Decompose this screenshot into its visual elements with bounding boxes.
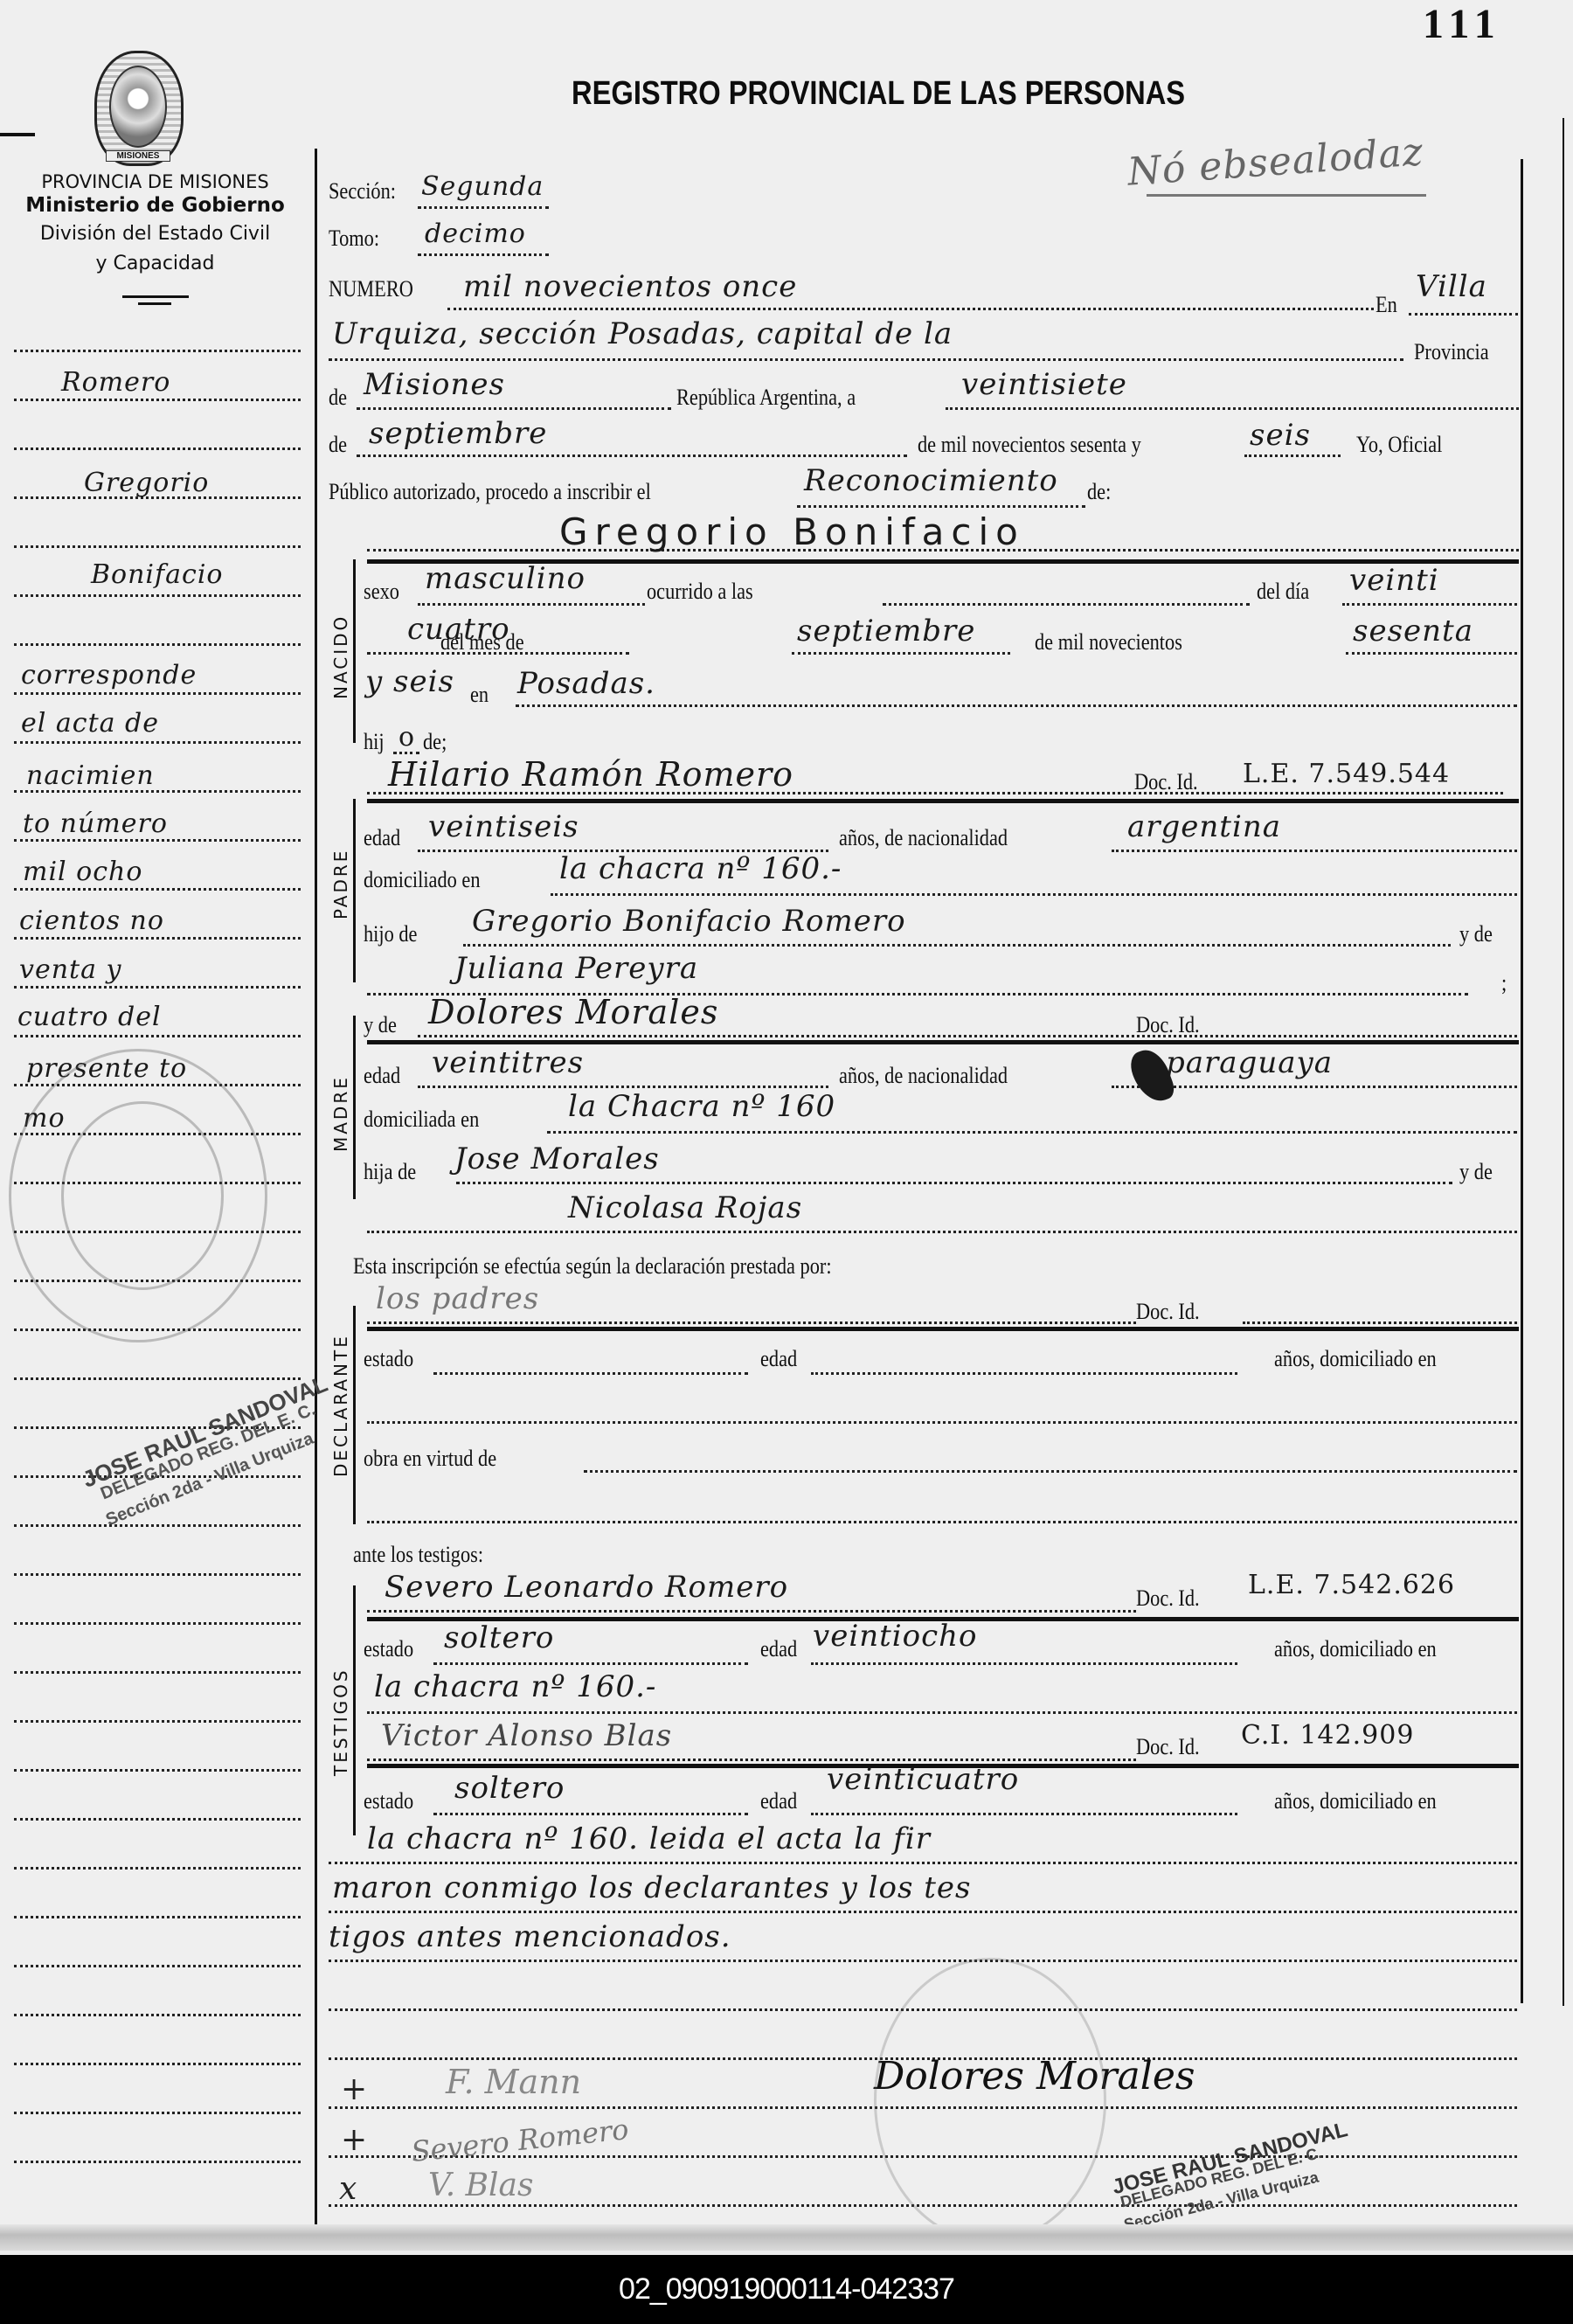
dia-value[interactable]: veintisiete	[961, 367, 1127, 402]
margin-dotted-line	[14, 399, 301, 401]
declarante-domicilio-label: años, domiciliado en	[1274, 1346, 1437, 1372]
anio-value[interactable]: seis	[1250, 418, 1311, 453]
testigo2-domicilio-line	[329, 1862, 1517, 1864]
provincia-label: Provincia	[1414, 339, 1489, 365]
madre-y-de-label: y de	[364, 1012, 397, 1038]
de-label: de	[329, 385, 347, 411]
margin-dotted-line	[14, 1720, 301, 1723]
publico-label: Público autorizado, procedo a inscribir …	[329, 479, 651, 505]
nacido-anio-value[interactable]: sesenta	[1353, 614, 1473, 649]
annotation-signature: Nó ebsealodaz	[1126, 129, 1425, 195]
provincia-value[interactable]: Misiones	[364, 367, 505, 402]
declarante-nombre-line	[367, 1322, 1136, 1324]
testigo2-nombre-line	[367, 1759, 1136, 1761]
margin-note-line: Bonifacio	[91, 559, 223, 590]
padre-doc-label: Doc. Id.	[1134, 769, 1198, 795]
testigos-bracket	[353, 1585, 356, 1835]
padre-nacionalidad-line	[1112, 850, 1517, 852]
issuer-ministry: Ministerio de Gobierno	[0, 194, 310, 217]
mes-label: del mes de	[440, 629, 524, 656]
madre-madre-value[interactable]: Nicolasa Rojas	[568, 1190, 802, 1225]
closing-text-2[interactable]: tigos antes mencionados.	[329, 1919, 731, 1954]
en-value[interactable]: Villa	[1416, 269, 1487, 304]
declarante-doc-label: Doc. Id.	[1136, 1299, 1200, 1325]
padre-hijo-de-line	[463, 944, 1451, 947]
margin-dotted-line	[14, 2063, 301, 2065]
declarante-estado-line	[433, 1372, 748, 1375]
crest-label: MISIONES	[106, 150, 170, 162]
margin-note-line: to número	[23, 808, 168, 839]
declarante-edad-label: edad	[760, 1346, 797, 1372]
margin-note-line: Romero	[61, 367, 170, 398]
testigo1-estado-line	[433, 1662, 748, 1665]
madre-hija-de-line	[456, 1182, 1452, 1184]
document-title: REGISTRO PROVINCIAL DE LAS PERSONAS	[572, 75, 1185, 113]
madre-hija-de-label: hija de	[364, 1159, 416, 1185]
testigo2-doc-label: Doc. Id.	[1136, 1734, 1200, 1760]
mes-field-line	[357, 454, 907, 457]
testigo2-estado-value[interactable]: soltero	[454, 1771, 565, 1806]
madre-edad-line	[418, 1086, 828, 1088]
sexo-value[interactable]: masculino	[425, 561, 586, 596]
declarante-intro: Esta inscripción se efectúa según la dec…	[353, 1253, 832, 1280]
padre-section-label: PADRE	[330, 849, 351, 919]
testigo1-doc-label: Doc. Id.	[1136, 1585, 1200, 1612]
mark-1: +	[341, 2071, 367, 2107]
margin-dotted-line	[14, 839, 301, 842]
madre-bracket	[353, 1016, 356, 1199]
padre-edad-value[interactable]: veintiseis	[428, 809, 579, 844]
de-colon-label: de:	[1087, 479, 1111, 505]
margin-dotted-line	[14, 1867, 301, 1870]
margin-note-line: cientos no	[19, 905, 164, 936]
testigo2-doc-value[interactable]: C.I. 142.909	[1241, 1720, 1414, 1751]
margin-dotted-line	[14, 986, 301, 989]
official-seal-left-inner	[61, 1101, 224, 1290]
witness-signature-1: F. Mann	[446, 2063, 581, 2101]
margin-dotted-line	[14, 741, 301, 744]
margin-dotted-line	[14, 2161, 301, 2163]
margin-note-line: cuatro del	[17, 1002, 162, 1032]
nacido-mes-value[interactable]: septiembre	[797, 614, 975, 649]
certificate-page: 111 MISIONES PROVINCIA DE MISIONES Minis…	[0, 0, 1573, 2251]
page-bottom-edge	[0, 2224, 1573, 2251]
testigos-section-label: TESTIGOS	[330, 1668, 351, 1776]
padre-domicilio-value[interactable]: la chacra nº 160.-	[559, 851, 842, 886]
declarante-estado-label: estado	[364, 1346, 413, 1372]
margin-dotted-line	[14, 1965, 301, 1967]
outer-right-border	[1563, 118, 1564, 2006]
hij-value[interactable]: o	[398, 722, 415, 753]
margin-dotted-line	[14, 1524, 301, 1527]
provincia-field-line	[357, 407, 671, 410]
testigo1-doc-value[interactable]: L.E. 7.542.626	[1248, 1570, 1455, 1600]
madre-doc-label: Doc. Id.	[1136, 1012, 1200, 1038]
hij-de-label: de;	[423, 729, 447, 755]
en-label: En	[1376, 292, 1397, 318]
issuer-division-2: y Capacidad	[0, 253, 310, 274]
declarante-obra-line	[584, 1470, 1517, 1473]
seccion-value[interactable]: Segunda	[421, 171, 544, 202]
issuer-divider	[122, 295, 189, 298]
nacido-section-label: NACIDO	[330, 614, 351, 699]
testigo1-domicilio-value[interactable]: la chacra nº 160.-	[374, 1669, 656, 1704]
testigo1-domicilio-label: años, domiciliado en	[1274, 1636, 1437, 1662]
tomo-value[interactable]: decimo	[425, 219, 526, 249]
padre-edad-label: edad	[364, 825, 400, 851]
testigo1-edad-label: edad	[760, 1636, 797, 1662]
margin-dotted-line	[14, 1377, 301, 1380]
dia-label: del día	[1257, 579, 1309, 605]
numero-value[interactable]: mil novecientos once	[463, 269, 797, 304]
margin-dotted-line	[14, 545, 301, 548]
declarante-section-label: DECLARANTE	[330, 1334, 351, 1477]
place-value[interactable]: Urquiza, sección Posadas, capital de la	[332, 316, 953, 351]
tomo-field-line	[418, 253, 549, 256]
margin-dotted-line	[14, 937, 301, 940]
declarante-obra-label: obra en virtud de	[364, 1446, 496, 1472]
declarante-doc-line	[1243, 1322, 1517, 1324]
margin-dotted-line	[14, 692, 301, 695]
testigo1-estado-value[interactable]: soltero	[444, 1620, 554, 1655]
madre-y-de-label-2: y de	[1459, 1159, 1493, 1185]
sexo-field-line	[418, 603, 645, 606]
padre-y-de-label: y de	[1459, 921, 1493, 947]
padre-nacionalidad-label: años, de nacionalidad	[839, 825, 1008, 851]
annotation-underline	[1147, 194, 1426, 197]
margin-note-line: venta y	[19, 954, 121, 985]
padre-bracket	[353, 799, 356, 982]
testigo1-domicilio-line	[367, 1711, 1517, 1714]
mes-field-line	[792, 652, 1010, 655]
ocurrido-field-line	[883, 603, 1250, 606]
acto-value[interactable]: Reconocimiento	[804, 463, 1058, 498]
margin-tick	[0, 133, 35, 136]
margin-dotted-line	[14, 1818, 301, 1821]
margin-dotted-line	[14, 447, 301, 450]
margin-dotted-line	[14, 350, 301, 352]
anio-label: de mil novecientos	[1035, 629, 1182, 656]
dia-field-line	[1342, 603, 1517, 606]
mark-2: +	[341, 2122, 367, 2158]
testigo2-edad-value[interactable]: veinticuatro	[827, 1762, 1019, 1797]
numero-label: NUMERO	[329, 276, 413, 302]
oficial-label: Yo, Oficial	[1356, 432, 1442, 458]
testigo1-nombre[interactable]: Severo Leonardo Romero	[385, 1570, 788, 1605]
margin-dotted-line	[14, 2112, 301, 2114]
provincial-crest-icon: MISIONES	[94, 51, 184, 166]
padre-madre-value[interactable]: Juliana Pereyra	[454, 951, 698, 986]
padre-nombre-underline	[367, 799, 1519, 803]
issuer-division: División del Estado Civil	[0, 223, 310, 245]
issuer-province: PROVINCIA DE MISIONES	[0, 171, 310, 192]
nacido-dia-value[interactable]: veinti	[1349, 563, 1439, 598]
sexo-label: sexo	[364, 579, 399, 605]
margin-dotted-line	[14, 1622, 301, 1625]
tomo-label: Tomo:	[329, 225, 379, 252]
padre-domicilio-label: domiciliado en	[364, 867, 481, 893]
en-label: en	[470, 682, 489, 708]
footer-bar: 02_090919000114-042337	[0, 2255, 1573, 2324]
declarante-obra-line-2	[367, 1521, 1517, 1523]
madre-nacionalidad-label: años, de nacionalidad	[839, 1063, 1008, 1089]
testigo1-estado-label: estado	[364, 1636, 413, 1662]
madre-nombre-line	[418, 1035, 1517, 1037]
testigo2-edad-line	[811, 1813, 1237, 1815]
testigo1-edad-value[interactable]: veintiocho	[813, 1619, 978, 1654]
testigo2-domicilio-label: años, domiciliado en	[1274, 1788, 1437, 1814]
nacido-bracket	[353, 559, 356, 743]
madre-section-label: MADRE	[330, 1075, 351, 1152]
margin-dotted-line	[14, 594, 301, 597]
right-border	[1521, 159, 1523, 2003]
issuer-divider-short	[138, 302, 171, 305]
lugar-field-line	[516, 704, 1517, 707]
footer-id: 02_090919000114-042337	[619, 2272, 954, 2307]
madre-nacionalidad-value[interactable]: paraguaya	[1166, 1045, 1333, 1080]
madre-domicilio-line	[547, 1131, 1517, 1134]
margin-dotted-line	[14, 2014, 301, 2016]
acto-field-line	[797, 505, 1085, 508]
closing-line-2	[329, 1960, 1517, 1962]
seccion-field-line	[418, 206, 549, 209]
padre-hijo-de-label: hijo de	[364, 921, 417, 947]
folio-number: 111	[1423, 0, 1502, 48]
de2-label: de	[329, 432, 347, 458]
padre-doc-value[interactable]: L.E. 7.549.544	[1243, 759, 1450, 789]
left-column-divider	[315, 149, 317, 2229]
madre-padre-value[interactable]: Jose Morales	[454, 1141, 660, 1176]
ocurrido-label: ocurrido a las	[647, 579, 753, 605]
margin-dotted-line	[14, 1573, 301, 1576]
madre-edad-value[interactable]: veintitres	[432, 1045, 584, 1080]
official-seal-bottom	[874, 1958, 1106, 2243]
place-field-line	[329, 358, 1403, 361]
testigos-intro: ante los testigos:	[353, 1542, 483, 1568]
margin-dotted-line	[14, 888, 301, 891]
margin-note-line: el acta de	[21, 708, 159, 739]
testigo2-nombre[interactable]: Victor Alonso Blas	[381, 1718, 672, 1753]
testigo2-domicilio-value[interactable]: la chacra nº 160. leida el acta la fir	[367, 1821, 931, 1856]
margin-note-line: nacimien	[26, 760, 155, 791]
en-field-line	[1409, 313, 1518, 316]
testigo1-nombre-line	[367, 1610, 1136, 1613]
madre-domicilio-label: domiciliada en	[364, 1107, 479, 1133]
madre-nombre-underline	[367, 1040, 1519, 1044]
witness-signature-3: V. Blas	[428, 2168, 534, 2203]
nombre-inscripto[interactable]: Gregorio Bonifacio	[559, 510, 1025, 553]
witness-signature-2: Severo Romero	[410, 2112, 630, 2168]
margin-dotted-line	[14, 1671, 301, 1674]
margin-note-line: Gregorio	[84, 468, 209, 498]
margin-note-line: corresponde	[21, 660, 197, 690]
seccion-label: Sección:	[329, 178, 396, 205]
madre-nombre[interactable]: Dolores Morales	[428, 993, 718, 1031]
padre-nombre[interactable]: Hilario Ramón Romero	[388, 755, 793, 794]
anio-label: de mil novecientos sesenta y	[918, 432, 1141, 458]
dia-field-line	[946, 407, 1519, 410]
madre-domicilio-value[interactable]: la Chacra nº 160	[568, 1089, 835, 1124]
declarante-nombre-underline	[367, 1327, 1519, 1331]
anio-field-line	[1244, 454, 1341, 457]
padre-domicilio-line	[551, 893, 1517, 896]
padre-nacionalidad-value[interactable]: argentina	[1127, 809, 1281, 844]
margin-note-line: mil ocho	[23, 857, 142, 887]
mark-3: x	[339, 2171, 357, 2207]
mes-value[interactable]: septiembre	[369, 416, 547, 451]
testigo2-estado-line	[433, 1813, 748, 1815]
testigo1-edad-line	[811, 1662, 1237, 1665]
declarante-edad-line	[811, 1372, 1237, 1375]
closing-text-1[interactable]: maron conmigo los declarantes y los tes	[332, 1870, 971, 1905]
margin-dotted-line	[14, 1916, 301, 1918]
declarante-bracket	[353, 1306, 356, 1524]
nacido-anio-value-2[interactable]: y seis	[365, 664, 454, 699]
margin-dotted-line	[14, 1035, 301, 1037]
margin-dotted-line	[14, 643, 301, 646]
declarante-domicilio-line	[367, 1421, 1517, 1424]
crest-emblem-icon	[109, 66, 167, 148]
testigo2-edad-label: edad	[760, 1788, 797, 1814]
anio-field-line	[1346, 652, 1517, 655]
hij-label: hij	[364, 729, 385, 755]
declarante-nombre[interactable]: los padres	[376, 1281, 539, 1316]
madre-edad-label: edad	[364, 1063, 400, 1089]
padre-padre-value[interactable]: Gregorio Bonifacio Romero	[472, 904, 906, 939]
numero-field-line	[447, 308, 1374, 310]
republica-label: República Argentina, a	[676, 385, 856, 411]
closing-line-1	[329, 1911, 1517, 1913]
padre-semicolon: ;	[1501, 970, 1507, 996]
margin-dotted-line	[14, 1769, 301, 1772]
nacido-lugar-value[interactable]: Posadas.	[517, 666, 655, 701]
madre-madre-line	[367, 1231, 1517, 1233]
testigo2-estado-label: estado	[364, 1788, 413, 1814]
